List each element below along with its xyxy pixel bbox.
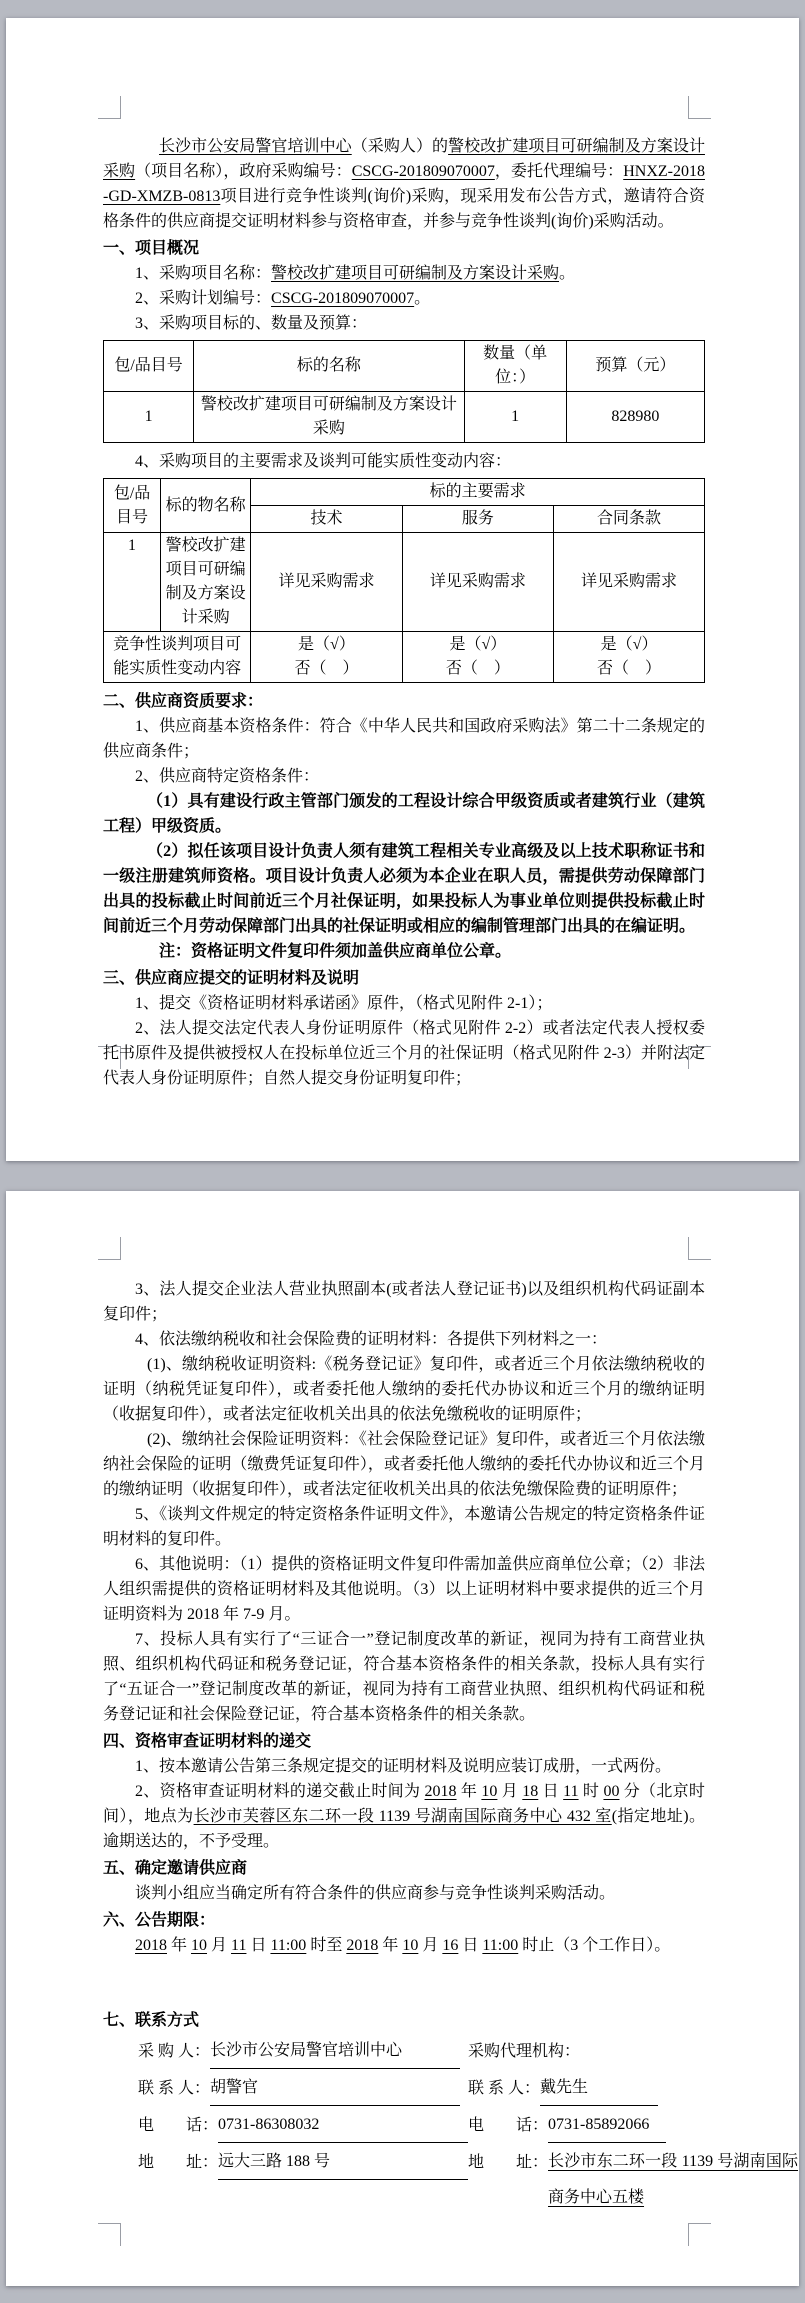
- page-2-content: 3、法人提交企业法人营业执照副本(或者法人登记证书)以及组织机构代码证副本复印件…: [103, 1277, 705, 2216]
- paragraph: (1)、缴纳税收证明资料:《税务登记证》复印件，或者近三个月依法缴纳税收的证明（…: [103, 1352, 705, 1427]
- text-run: 3、采购项目标的、数量及预算：: [135, 315, 367, 332]
- contact-label: 地 址：: [138, 2144, 218, 2216]
- contact-row: 地 址：远大三路 188 号地 址：长沙市东二环一段 1139 号湖南国际商务中…: [138, 2144, 705, 2216]
- text-run: 日: [458, 1937, 482, 1954]
- text-run: 。: [559, 265, 575, 282]
- text-run: 2、资格审查证明材料的递交截止时间为: [135, 1783, 425, 1800]
- text-run: 时: [579, 1783, 604, 1800]
- text-run: 谈判小组应当确定所有符合条件的供应商参与竞争性谈判采购活动。: [135, 1885, 615, 1902]
- section-heading: 一、项目概况: [103, 236, 705, 261]
- contact-value: 戴先生: [540, 2073, 658, 2106]
- text-run: 1、提交《资格证明材料承诺函》原件，（格式见附件 2-1）；: [135, 995, 552, 1012]
- table-header-cell: 数量（单位：）: [464, 341, 566, 392]
- text-run: 2、采购计划编号：: [135, 290, 271, 307]
- table-header-cell: 预算（元）: [566, 341, 704, 392]
- paragraph: 6、其他说明：（1）提供的资格证明文件复印件需加盖供应商单位公章；（2）非法人组…: [103, 1552, 705, 1627]
- underlined-text: 警校改扩建项目可研编制及方案设计采购: [271, 265, 559, 282]
- section-heading: 六、公告期限：: [103, 1908, 705, 1933]
- paragraph: 2、法人提交法定代表人身份证明原件（格式见附件 2-2）或者法定代表人授权委托书…: [103, 1016, 705, 1091]
- text-run: （1）具有建设行政主管部门颁发的工程设计综合甲级资质或者建筑行业（建筑工程）甲级…: [103, 793, 705, 835]
- section-heading: 七、联系方式: [103, 2008, 705, 2033]
- paragraph: 2、采购计划编号：CSCG-201809070007。: [103, 286, 705, 311]
- variation-option: 否（ ）: [255, 657, 397, 681]
- text-run: 2、法人提交法定代表人身份证明原件（格式见附件 2-2）或者法定代表人授权委托书…: [103, 1020, 705, 1087]
- paragraph: 1、提交《资格证明材料承诺函》原件，（格式见附件 2-1）；: [103, 991, 705, 1016]
- paragraph: 2、资格审查证明材料的递交截止时间为 2018 年 10 月 18 日 11 时…: [103, 1779, 705, 1854]
- table-variation-row: 竞争性谈判项目可能实质性变动内容是（√）否（ ）是（√）否（ ）是（√）否（ ）: [104, 632, 705, 683]
- variation-option: 否（ ）: [407, 657, 549, 681]
- document-viewer: 长沙市公安局警官培训中心（采购人）的警校改扩建项目可研编制及方案设计采购（项目名…: [0, 0, 805, 2303]
- paragraph: 5、《谈判文件规定的特定资格条件证明文件》，本邀请公告规定的特定资格条件证明材料…: [103, 1502, 705, 1552]
- text-run: 注：资格证明文件复印件须加盖供应商单位公章。: [159, 943, 511, 960]
- paragraph: (2)、缴纳社会保险证明资料：《社会保险登记证》复印件，或者近三个月依法缴纳社会…: [103, 1427, 705, 1502]
- text-run: 年: [167, 1937, 191, 1954]
- table-header-cell: 技术: [251, 506, 402, 533]
- paragraph: 4、依法缴纳税收和社会保险费的证明材料：各提供下列材料之一：: [103, 1327, 705, 1352]
- text-run: 4、依法缴纳税收和社会保险费的证明材料：各提供下列材料之一：: [135, 1331, 607, 1348]
- paragraph: 谈判小组应当确定所有符合条件的供应商参与竞争性谈判采购活动。: [103, 1881, 705, 1906]
- paragraph: 1、采购项目名称：警校改扩建项目可研编制及方案设计采购。: [103, 261, 705, 286]
- table-cell left: 竞争性谈判项目可能实质性变动内容: [104, 632, 251, 683]
- margin-crop-mark: [98, 96, 121, 119]
- paragraph: 4、采购项目的主要需求及谈判可能实质性变动内容：: [103, 449, 705, 474]
- contact-label: 联 系 人：: [138, 2070, 210, 2107]
- text-run: 日: [538, 1783, 563, 1800]
- table-header-cell: 合同条款: [554, 506, 705, 533]
- text-run: 时至: [306, 1937, 346, 1954]
- contact-label: 电 话：: [138, 2107, 218, 2144]
- section-heading: 三、供应商应提交的证明材料及说明: [103, 966, 705, 991]
- contact-label: 地 址：: [468, 2144, 548, 2216]
- contact-label: 采 购 人：: [138, 2033, 210, 2070]
- text-run: 2、供应商特定资格条件：: [135, 768, 319, 785]
- table-row: 1警校改扩建项目可研编制及方案设计采购1828980: [104, 392, 705, 443]
- contact-value: 长沙市公安局警官培训中心: [210, 2036, 460, 2069]
- table-cell left: 是（√）否（ ）: [402, 632, 553, 683]
- underlined-text: CSCG-201809070007: [271, 290, 414, 307]
- margin-crop-mark: [688, 96, 711, 119]
- contact-left: 采 购 人：长沙市公安局警官培训中心: [138, 2033, 468, 2070]
- underlined-text: 2018: [346, 1937, 378, 1954]
- margin-crop-mark: [688, 2223, 711, 2246]
- text-run: ，委托代理编号：: [495, 163, 623, 180]
- underlined-text: 10: [402, 1937, 418, 1954]
- text-run: 年: [378, 1937, 402, 1954]
- paragraph: 2018 年 10 月 11 日 11:00 时至 2018 年 10 月 16…: [103, 1933, 705, 1958]
- paragraph: （2）拟任该项目设计负责人须有建筑工程相关专业高级及以上技术职称证书和一级注册建…: [103, 839, 705, 939]
- intro-paragraph: 长沙市公安局警官培训中心（采购人）的警校改扩建项目可研编制及方案设计采购（项目名…: [103, 134, 705, 234]
- underlined-text: CSCG-201809070007: [352, 163, 495, 180]
- variation-option: 是（√）: [558, 633, 700, 657]
- underlined-text: 16: [442, 1937, 458, 1954]
- table-cell: 1: [104, 392, 194, 443]
- table-cell left: 警校改扩建项目可研编制及方案设计采购: [161, 533, 251, 632]
- table-header-cell: 服务: [402, 506, 553, 533]
- contact-right: 联 系 人：戴先生: [468, 2070, 705, 2107]
- table-cell: 详见采购需求: [554, 533, 705, 632]
- table-header-cell: 标的物名称: [161, 479, 251, 533]
- underlined-text: 10: [481, 1783, 497, 1800]
- contact-right: 地 址：长沙市东二环一段 1139 号湖南国际商务中心五楼: [468, 2144, 798, 2216]
- text-run: 时止（3 个工作日）。: [518, 1937, 670, 1954]
- contact-left: 联 系 人：胡警官: [138, 2070, 468, 2107]
- paragraph: 7、投标人具有实行了“三证合一”登记制度改革的新证，视同为持有工商营业执照、组织…: [103, 1627, 705, 1727]
- table-cell: 详见采购需求: [251, 533, 402, 632]
- variation-option: 否（ ）: [558, 657, 700, 681]
- underlined-text: 10: [191, 1937, 207, 1954]
- table-cell: 详见采购需求: [402, 533, 553, 632]
- contact-value: 长沙市东二环一段 1139 号湖南国际商务中心五楼: [548, 2144, 798, 2216]
- page-1: 长沙市公安局警官培训中心（采购人）的警校改扩建项目可研编制及方案设计采购（项目名…: [6, 18, 799, 1161]
- contact-value: 远大三路 188 号: [218, 2147, 468, 2180]
- table-header-row: 包/品目号标的物名称标的主要需求: [104, 479, 705, 506]
- underlined-text: 长沙市公安局警官培训中心: [159, 138, 352, 155]
- text-run: （采购人）的: [352, 138, 448, 155]
- table-header-cell: 包/品目号: [104, 479, 161, 533]
- contact-row: 采 购 人：长沙市公安局警官培训中心采购代理机构：: [138, 2033, 705, 2070]
- contact-row: 电 话：0731-86308032电 话：0731-85892066: [138, 2107, 705, 2144]
- table-cell left: 是（√）否（ ）: [251, 632, 402, 683]
- table-cell left: 是（√）否（ ）: [554, 632, 705, 683]
- contact-right: 采购代理机构：: [468, 2033, 705, 2070]
- underlined-text: 2018: [135, 1937, 167, 1954]
- variation-option: 是（√）: [407, 633, 549, 657]
- text-run: (2)、缴纳社会保险证明资料：《社会保险登记证》复印件，或者近三个月依法缴纳社会…: [103, 1431, 705, 1498]
- margin-crop-mark: [98, 2223, 121, 2246]
- table-header-cell: 标的主要需求: [251, 479, 705, 506]
- table-header-cell: 包/品目号: [104, 341, 194, 392]
- underlined-text: 11:00: [482, 1937, 518, 1954]
- text-run: 1、按本邀请公告第三条规定提交的证明材料及说明应装订成册，一式两份。: [135, 1758, 671, 1775]
- text-run: 3、法人提交企业法人营业执照副本(或者法人登记证书)以及组织机构代码证副本复印件…: [103, 1281, 705, 1323]
- paragraph: 3、采购项目标的、数量及预算：: [103, 311, 705, 336]
- contact-section: 采 购 人：长沙市公安局警官培训中心采购代理机构：联 系 人：胡警官联 系 人：…: [103, 2033, 705, 2216]
- paragraph: 注：资格证明文件复印件须加盖供应商单位公章。: [103, 939, 705, 964]
- contact-value: 胡警官: [210, 2073, 460, 2106]
- table-cell: 828980: [566, 392, 704, 443]
- demand-table: 包/品目号标的物名称标的主要需求技术服务合同条款1警校改扩建项目可研编制及方案设…: [103, 478, 705, 683]
- underlined-text: 2018: [425, 1783, 457, 1800]
- underlined-text: 11: [563, 1783, 578, 1800]
- lot-summary-table: 包/品目号标的名称数量（单位：）预算（元）1警校改扩建项目可研编制及方案设计采购…: [103, 340, 705, 443]
- text-run: 7、投标人具有实行了“三证合一”登记制度改革的新证，视同为持有工商营业执照、组织…: [103, 1631, 705, 1723]
- paragraph: 1、按本邀请公告第三条规定提交的证明材料及说明应装订成册，一式两份。: [103, 1754, 705, 1779]
- paragraph: 2、供应商特定资格条件：: [103, 764, 705, 789]
- contact-label: 电 话：: [468, 2107, 548, 2144]
- text-run: （2）拟任该项目设计负责人须有建筑工程相关专业高级及以上技术职称证书和一级注册建…: [103, 843, 705, 935]
- text-run: 年: [457, 1783, 482, 1800]
- contact-value: 0731-85892066: [548, 2110, 666, 2143]
- contact-label: 采购代理机构：: [468, 2033, 580, 2070]
- table-row: 1警校改扩建项目可研编制及方案设计采购详见采购需求详见采购需求详见采购需求: [104, 533, 705, 632]
- text-run: 。: [414, 290, 430, 307]
- text-run: （项目名称），政府采购编号：: [135, 163, 352, 180]
- contact-left: 地 址：远大三路 188 号: [138, 2144, 468, 2216]
- margin-crop-mark: [688, 1237, 711, 1260]
- margin-crop-mark: [98, 1237, 121, 1260]
- paragraph: （1）具有建设行政主管部门颁发的工程设计综合甲级资质或者建筑行业（建筑工程）甲级…: [103, 789, 705, 839]
- underlined-text: 11:00: [270, 1937, 306, 1954]
- underlined-text: 18: [522, 1783, 538, 1800]
- contact-label: 联 系 人：: [468, 2070, 540, 2107]
- underlined-text: 长沙市芙蓉区东二环一段 1139 号湖南国际商务中心 432 室: [194, 1808, 612, 1825]
- text-run: 6、其他说明：（1）提供的资格证明文件复印件需加盖供应商单位公章；（2）非法人组…: [103, 1556, 705, 1623]
- underlined-text: 11: [231, 1937, 246, 1954]
- text-run: 月: [207, 1937, 231, 1954]
- contact-left: 电 话：0731-86308032: [138, 2107, 468, 2144]
- section-heading: 四、资格审查证明材料的递交: [103, 1729, 705, 1754]
- page-2: 3、法人提交企业法人营业执照副本(或者法人登记证书)以及组织机构代码证副本复印件…: [6, 1191, 799, 2286]
- text-run: 4、采购项目的主要需求及谈判可能实质性变动内容：: [135, 453, 511, 470]
- table-header-cell: 标的名称: [194, 341, 464, 392]
- table-cell: 1: [104, 533, 161, 632]
- underlined-text: 00: [603, 1783, 619, 1800]
- text-run: (1)、缴纳税收证明资料:《税务登记证》复印件，或者近三个月依法缴纳税收的证明（…: [103, 1356, 705, 1423]
- page-1-content: 长沙市公安局警官培训中心（采购人）的警校改扩建项目可研编制及方案设计采购（项目名…: [103, 134, 705, 1091]
- contact-row: 联 系 人：胡警官联 系 人：戴先生: [138, 2070, 705, 2107]
- text-run: 1、采购项目名称：: [135, 265, 271, 282]
- text-run: 月: [497, 1783, 522, 1800]
- text-run: 5、《谈判文件规定的特定资格条件证明文件》，本邀请公告规定的特定资格条件证明材料…: [103, 1506, 705, 1548]
- variation-option: 是（√）: [255, 633, 397, 657]
- paragraph: 3、法人提交企业法人营业执照副本(或者法人登记证书)以及组织机构代码证副本复印件…: [103, 1277, 705, 1327]
- text-run: 日: [246, 1937, 270, 1954]
- paragraph: 1、供应商基本资格条件：符合《中华人民共和国政府采购法》第二十二条规定的供应商条…: [103, 714, 705, 764]
- text-run: 1、供应商基本资格条件：符合《中华人民共和国政府采购法》第二十二条规定的供应商条…: [103, 718, 705, 760]
- contact-right: 电 话：0731-85892066: [468, 2107, 705, 2144]
- contact-value: 0731-86308032: [218, 2110, 468, 2143]
- spacer: [103, 1958, 705, 2006]
- section-heading: 二、供应商资质要求：: [103, 689, 705, 714]
- text-run: 月: [418, 1937, 442, 1954]
- table-header-row: 包/品目号标的名称数量（单位：）预算（元）: [104, 341, 705, 392]
- section-heading: 五、确定邀请供应商: [103, 1856, 705, 1881]
- table-cell: 1: [464, 392, 566, 443]
- table-cell: 警校改扩建项目可研编制及方案设计采购: [194, 392, 464, 443]
